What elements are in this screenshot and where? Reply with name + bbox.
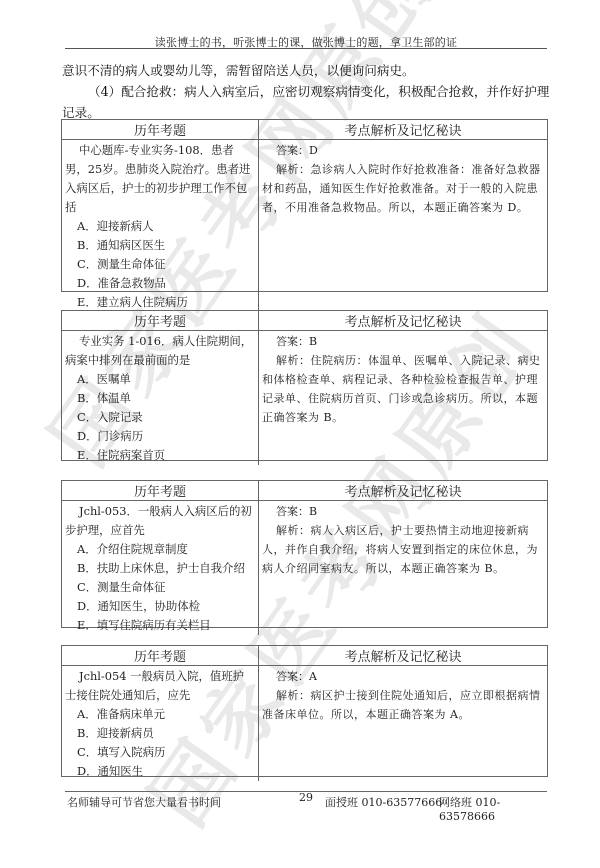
- option-c: C．入院记录: [65, 408, 255, 427]
- question-stem: 专业实务 1-016．病人住院期间，病案中排列在最前面的是: [65, 332, 255, 370]
- option-e: E．填写住院病历有关栏目: [65, 616, 255, 635]
- question-cell: Jchl-053．一般病人入病区后的初步护理，应首先 A．介绍住院规章制度 B．…: [62, 501, 259, 635]
- table-header-row: 历年考题 考点解析及记忆秘诀: [62, 311, 547, 331]
- page-footer: 名师辅导可节省您大量看书时间 29 面授班 010-63577666 网络班 0…: [67, 794, 545, 810]
- header-past-questions: 历年考题: [62, 481, 259, 500]
- option-d: D．通知医生: [65, 762, 255, 781]
- answer-text: 答案：D: [262, 141, 543, 160]
- analysis-cell: 答案：B 解析：住院病历：体温单、医嘱单、入院记录、病史和体格检查单、病程记录、…: [259, 331, 547, 465]
- answer-text: 答案：B: [262, 332, 543, 351]
- option-c: C．测量生命体征: [65, 255, 255, 274]
- online-class-phone: 网络班 010-63578666: [439, 794, 545, 823]
- option-b: B．迎接新病员: [65, 724, 255, 743]
- analysis-cell: 答案：B 解析：病人入病区后，护士要热情主动地迎接新病人，并作自我介绍，将病人安…: [259, 501, 547, 635]
- option-c: C．测量生命体征: [65, 578, 255, 597]
- explanation-text: 解析：急诊病人入院时作好抢救准备：准备好急救器材和药品，通知医生作好抢救准备。对…: [262, 160, 543, 217]
- option-a: A．医嘱单: [65, 370, 255, 389]
- option-b: B．通知病区医生: [65, 236, 255, 255]
- face-class-phone: 面授班 010-63577666: [325, 794, 442, 810]
- answer-text: 答案：A: [262, 667, 543, 686]
- option-c: C．填写入院病历: [65, 743, 255, 762]
- table-body-row: Jchl-054 一般病员入院，值班护士接住院处通知后，应先 A．准备病床单元 …: [62, 666, 547, 781]
- header-past-questions: 历年考题: [62, 646, 259, 665]
- question-stem: 中心题库-专业实务-108．患者男，25岁。患肺炎入院治疗。患者进入病区后，护士…: [65, 141, 255, 217]
- option-a: A．迎接新病人: [65, 217, 255, 236]
- option-e: E．住院病案首页: [65, 446, 255, 465]
- footer-slogan: 名师辅导可节省您大量看书时间: [67, 794, 221, 810]
- analysis-cell: 答案：A 解析：病区护士接到住院处通知后，应立即根据病情准备床单位。所以，本题正…: [259, 666, 547, 781]
- option-a: A．准备病床单元: [65, 705, 255, 724]
- question-stem: Jchl-053．一般病人入病区后的初步护理，应首先: [65, 502, 255, 540]
- intro-line: 意识不清的病人或婴幼儿等，需暂留陪送人员，以便询问病史。: [62, 60, 550, 81]
- intro-paragraph: 意识不清的病人或婴幼儿等，需暂留陪送人员，以便询问病史。 （4）配合抢救：病人入…: [62, 60, 550, 123]
- option-d: D．门诊病历: [65, 427, 255, 446]
- qa-table: 历年考题 考点解析及记忆秘诀 Jchl-053．一般病人入病区后的初步护理，应首…: [61, 480, 548, 628]
- question-cell: Jchl-054 一般病员入院，值班护士接住院处通知后，应先 A．准备病床单元 …: [62, 666, 259, 781]
- header-analysis: 考点解析及记忆秘诀: [259, 311, 547, 330]
- table-body-row: 专业实务 1-016．病人住院期间，病案中排列在最前面的是 A．医嘱单 B．体温…: [62, 331, 547, 465]
- intro-line: （4）配合抢救：病人入病室后，应密切观察病情变化，积极配合抢救，并作好护理: [62, 81, 550, 102]
- table-header-row: 历年考题 考点解析及记忆秘诀: [62, 646, 547, 666]
- header-analysis: 考点解析及记忆秘诀: [259, 120, 547, 139]
- option-d: D．准备急救物品: [65, 274, 255, 293]
- header-past-questions: 历年考题: [62, 311, 259, 330]
- qa-table: 历年考题 考点解析及记忆秘诀 中心题库-专业实务-108．患者男，25岁。患肺炎…: [61, 119, 548, 292]
- option-b: B．体温单: [65, 389, 255, 408]
- explanation-text: 解析：住院病历：体温单、医嘱单、入院记录、病史和体格检查单、病程记录、各种检验检…: [262, 351, 543, 427]
- option-b: B．扶助上床休息，护士自我介绍: [65, 559, 255, 578]
- header-divider: [65, 48, 547, 49]
- table-header-row: 历年考题 考点解析及记忆秘诀: [62, 120, 547, 140]
- header-analysis: 考点解析及记忆秘诀: [259, 481, 547, 500]
- option-a: A．介绍住院规章制度: [65, 540, 255, 559]
- question-stem: Jchl-054 一般病员入院，值班护士接住院处通知后，应先: [65, 667, 255, 705]
- page-number: 29: [299, 791, 313, 804]
- explanation-text: 解析：病人入病区后，护士要热情主动地迎接新病人，并作自我介绍，将病人安置到指定的…: [262, 521, 543, 578]
- qa-table: 历年考题 考点解析及记忆秘诀 专业实务 1-016．病人住院期间，病案中排列在最…: [61, 310, 548, 461]
- question-cell: 专业实务 1-016．病人住院期间，病案中排列在最前面的是 A．医嘱单 B．体温…: [62, 331, 259, 465]
- header-past-questions: 历年考题: [62, 120, 259, 139]
- table-body-row: 中心题库-专业实务-108．患者男，25岁。患肺炎入院治疗。患者进入病区后，护士…: [62, 140, 547, 312]
- question-cell: 中心题库-专业实务-108．患者男，25岁。患肺炎入院治疗。患者进入病区后，护士…: [62, 140, 259, 312]
- table-header-row: 历年考题 考点解析及记忆秘诀: [62, 481, 547, 501]
- header-analysis: 考点解析及记忆秘诀: [259, 646, 547, 665]
- option-d: D．通知医生，协助体检: [65, 597, 255, 616]
- table-body-row: Jchl-053．一般病人入病区后的初步护理，应首先 A．介绍住院规章制度 B．…: [62, 501, 547, 635]
- answer-text: 答案：B: [262, 502, 543, 521]
- qa-table: 历年考题 考点解析及记忆秘诀 Jchl-054 一般病员入院，值班护士接住院处通…: [61, 645, 548, 777]
- analysis-cell: 答案：D 解析：急诊病人入院时作好抢救准备：准备好急救器材和药品，通知医生作好抢…: [259, 140, 547, 312]
- explanation-text: 解析：病区护士接到住院处通知后，应立即根据病情准备床单位。所以，本题正确答案为 …: [262, 686, 543, 724]
